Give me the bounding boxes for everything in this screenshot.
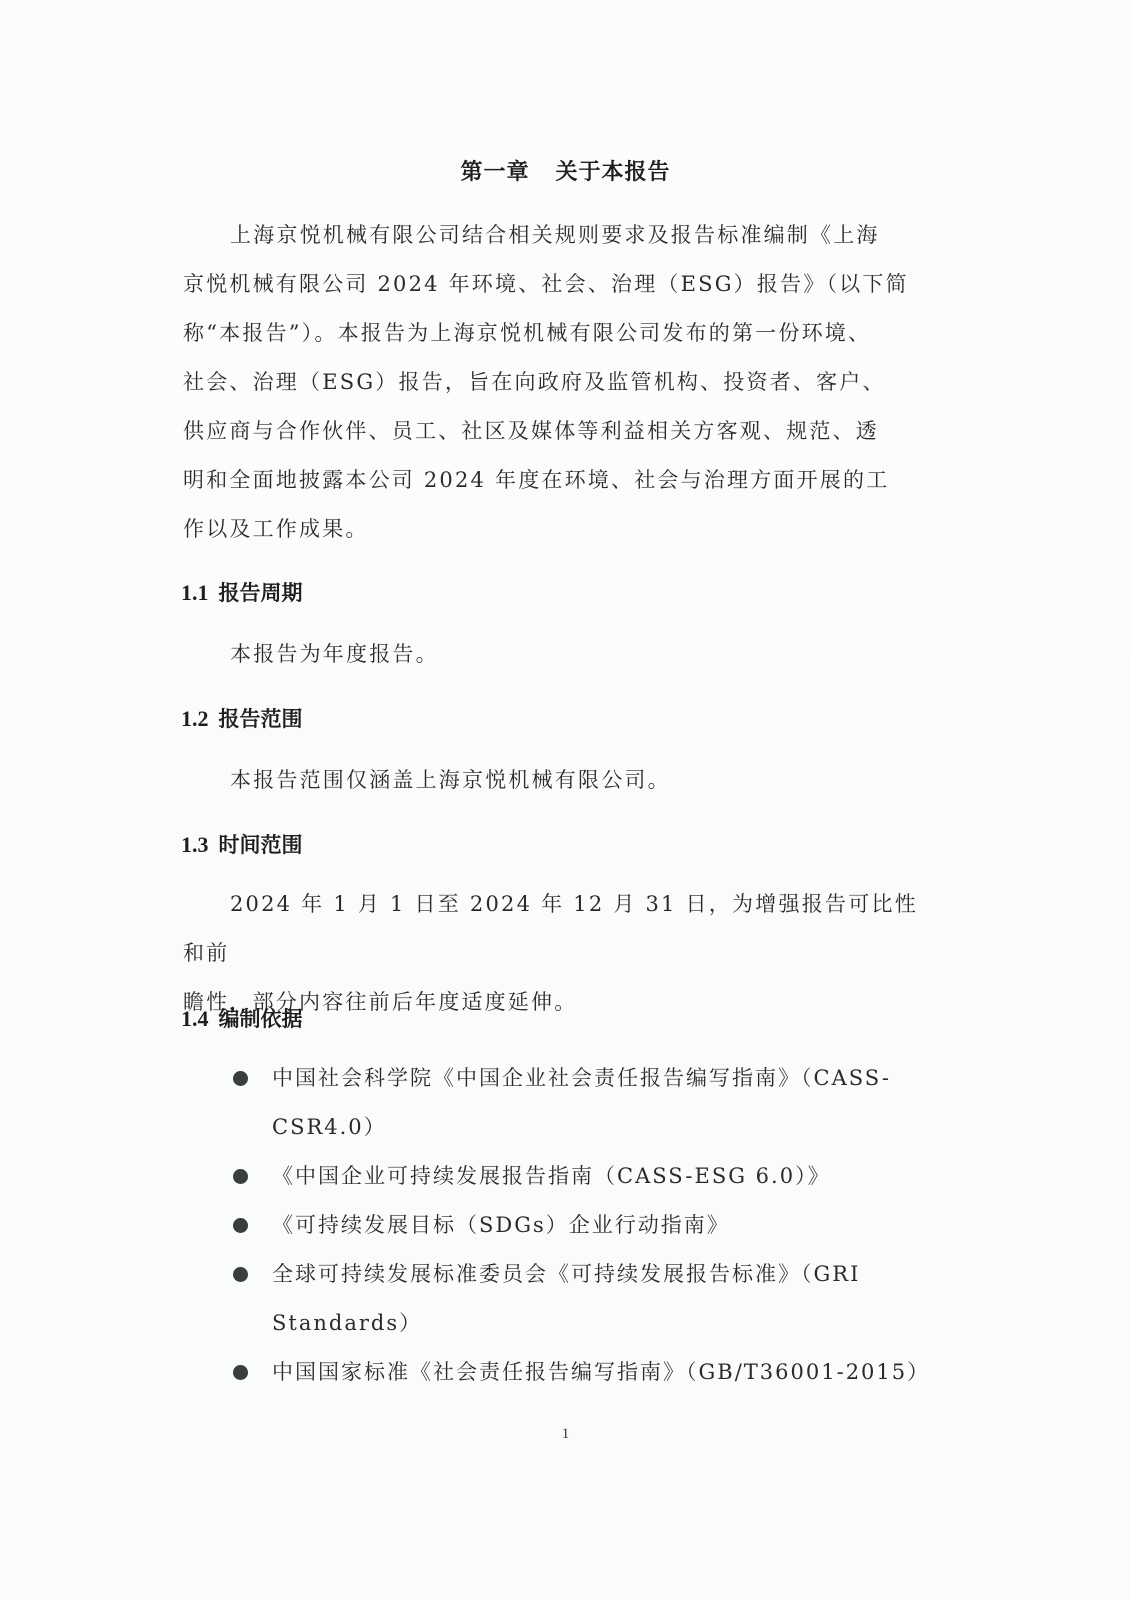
section-title: 编制依据 — [219, 1007, 303, 1031]
intro-line: 供应商与合作伙伴、员工、社区及媒体等利益相关方客观、规范、透 — [183, 407, 918, 456]
intro-line: 称“本报告”）。本报告为上海京悦机械有限公司发布的第一份环境、 — [183, 309, 918, 358]
chapter-name: 关于本报告 — [556, 160, 671, 185]
document-page: 第一章关于本报告 上海京悦机械有限公司结合相关规则要求及报告标准编制《上海 京悦… — [0, 0, 1131, 1600]
bullet-icon — [233, 1267, 248, 1282]
list-item-line: CSR4.0） — [272, 1103, 922, 1152]
body-line: 本报告为年度报告。 — [230, 642, 439, 666]
section-number: 1.3 — [181, 832, 209, 857]
chapter-title: 第一章关于本报告 — [0, 155, 1131, 186]
list-item-line: 《中国企业可持续发展报告指南（CASS-ESG 6.0）》 — [272, 1152, 922, 1201]
list-item-line: 《可持续发展目标（SDGs）企业行动指南》 — [272, 1201, 922, 1250]
body-line: 2024 年 1 月 1 日至 2024 年 12 月 31 日，为增强报告可比… — [183, 892, 918, 965]
section-number: 1.1 — [181, 580, 209, 605]
section-heading-1-3: 1.3时间范围 — [181, 829, 303, 859]
section-heading-1-4: 1.4编制依据 — [181, 1003, 303, 1033]
section-number: 1.4 — [181, 1006, 209, 1031]
body-line: 本报告范围仅涵盖上海京悦机械有限公司。 — [230, 768, 671, 792]
section-number: 1.2 — [181, 706, 209, 731]
list-item-line: 中国社会科学院《中国企业社会责任报告编写指南》（CASS- — [272, 1054, 922, 1103]
list-item-line: 全球可持续发展标准委员会《可持续发展报告标准》（GRI — [272, 1250, 922, 1299]
section-body-1-2: 本报告范围仅涵盖上海京悦机械有限公司。 — [183, 756, 918, 805]
page-number: 1 — [0, 1426, 1131, 1443]
intro-line: 明和全面地披露本公司 2024 年度在环境、社会与治理方面开展的工 — [183, 456, 918, 505]
list-item-line: Standards） — [272, 1299, 922, 1348]
bullet-icon — [233, 1365, 248, 1380]
section-title: 时间范围 — [219, 833, 303, 857]
intro-line: 上海京悦机械有限公司结合相关规则要求及报告标准编制《上海 — [183, 211, 918, 260]
bullet-icon — [233, 1071, 248, 1086]
section-title: 报告周期 — [219, 581, 303, 605]
intro-paragraph: 上海京悦机械有限公司结合相关规则要求及报告标准编制《上海 京悦机械有限公司 20… — [183, 211, 918, 554]
intro-line: 作以及工作成果。 — [183, 505, 918, 554]
intro-line: 京悦机械有限公司 2024 年环境、社会、治理（ESG）报告》（以下简 — [183, 260, 918, 309]
bullet-icon — [233, 1169, 248, 1184]
bullet-icon — [233, 1218, 248, 1233]
section-heading-1-2: 1.2报告范围 — [181, 703, 303, 733]
list-item-line: 中国国家标准《社会责任报告编写指南》（GB/T36001-2015） — [272, 1348, 922, 1397]
section-title: 报告范围 — [219, 707, 303, 731]
section-body-1-1: 本报告为年度报告。 — [183, 630, 918, 679]
intro-line: 社会、治理（ESG）报告，旨在向政府及监管机构、投资者、客户、 — [183, 358, 918, 407]
section-heading-1-1: 1.1报告周期 — [181, 577, 303, 607]
chapter-number: 第一章 — [460, 160, 529, 185]
